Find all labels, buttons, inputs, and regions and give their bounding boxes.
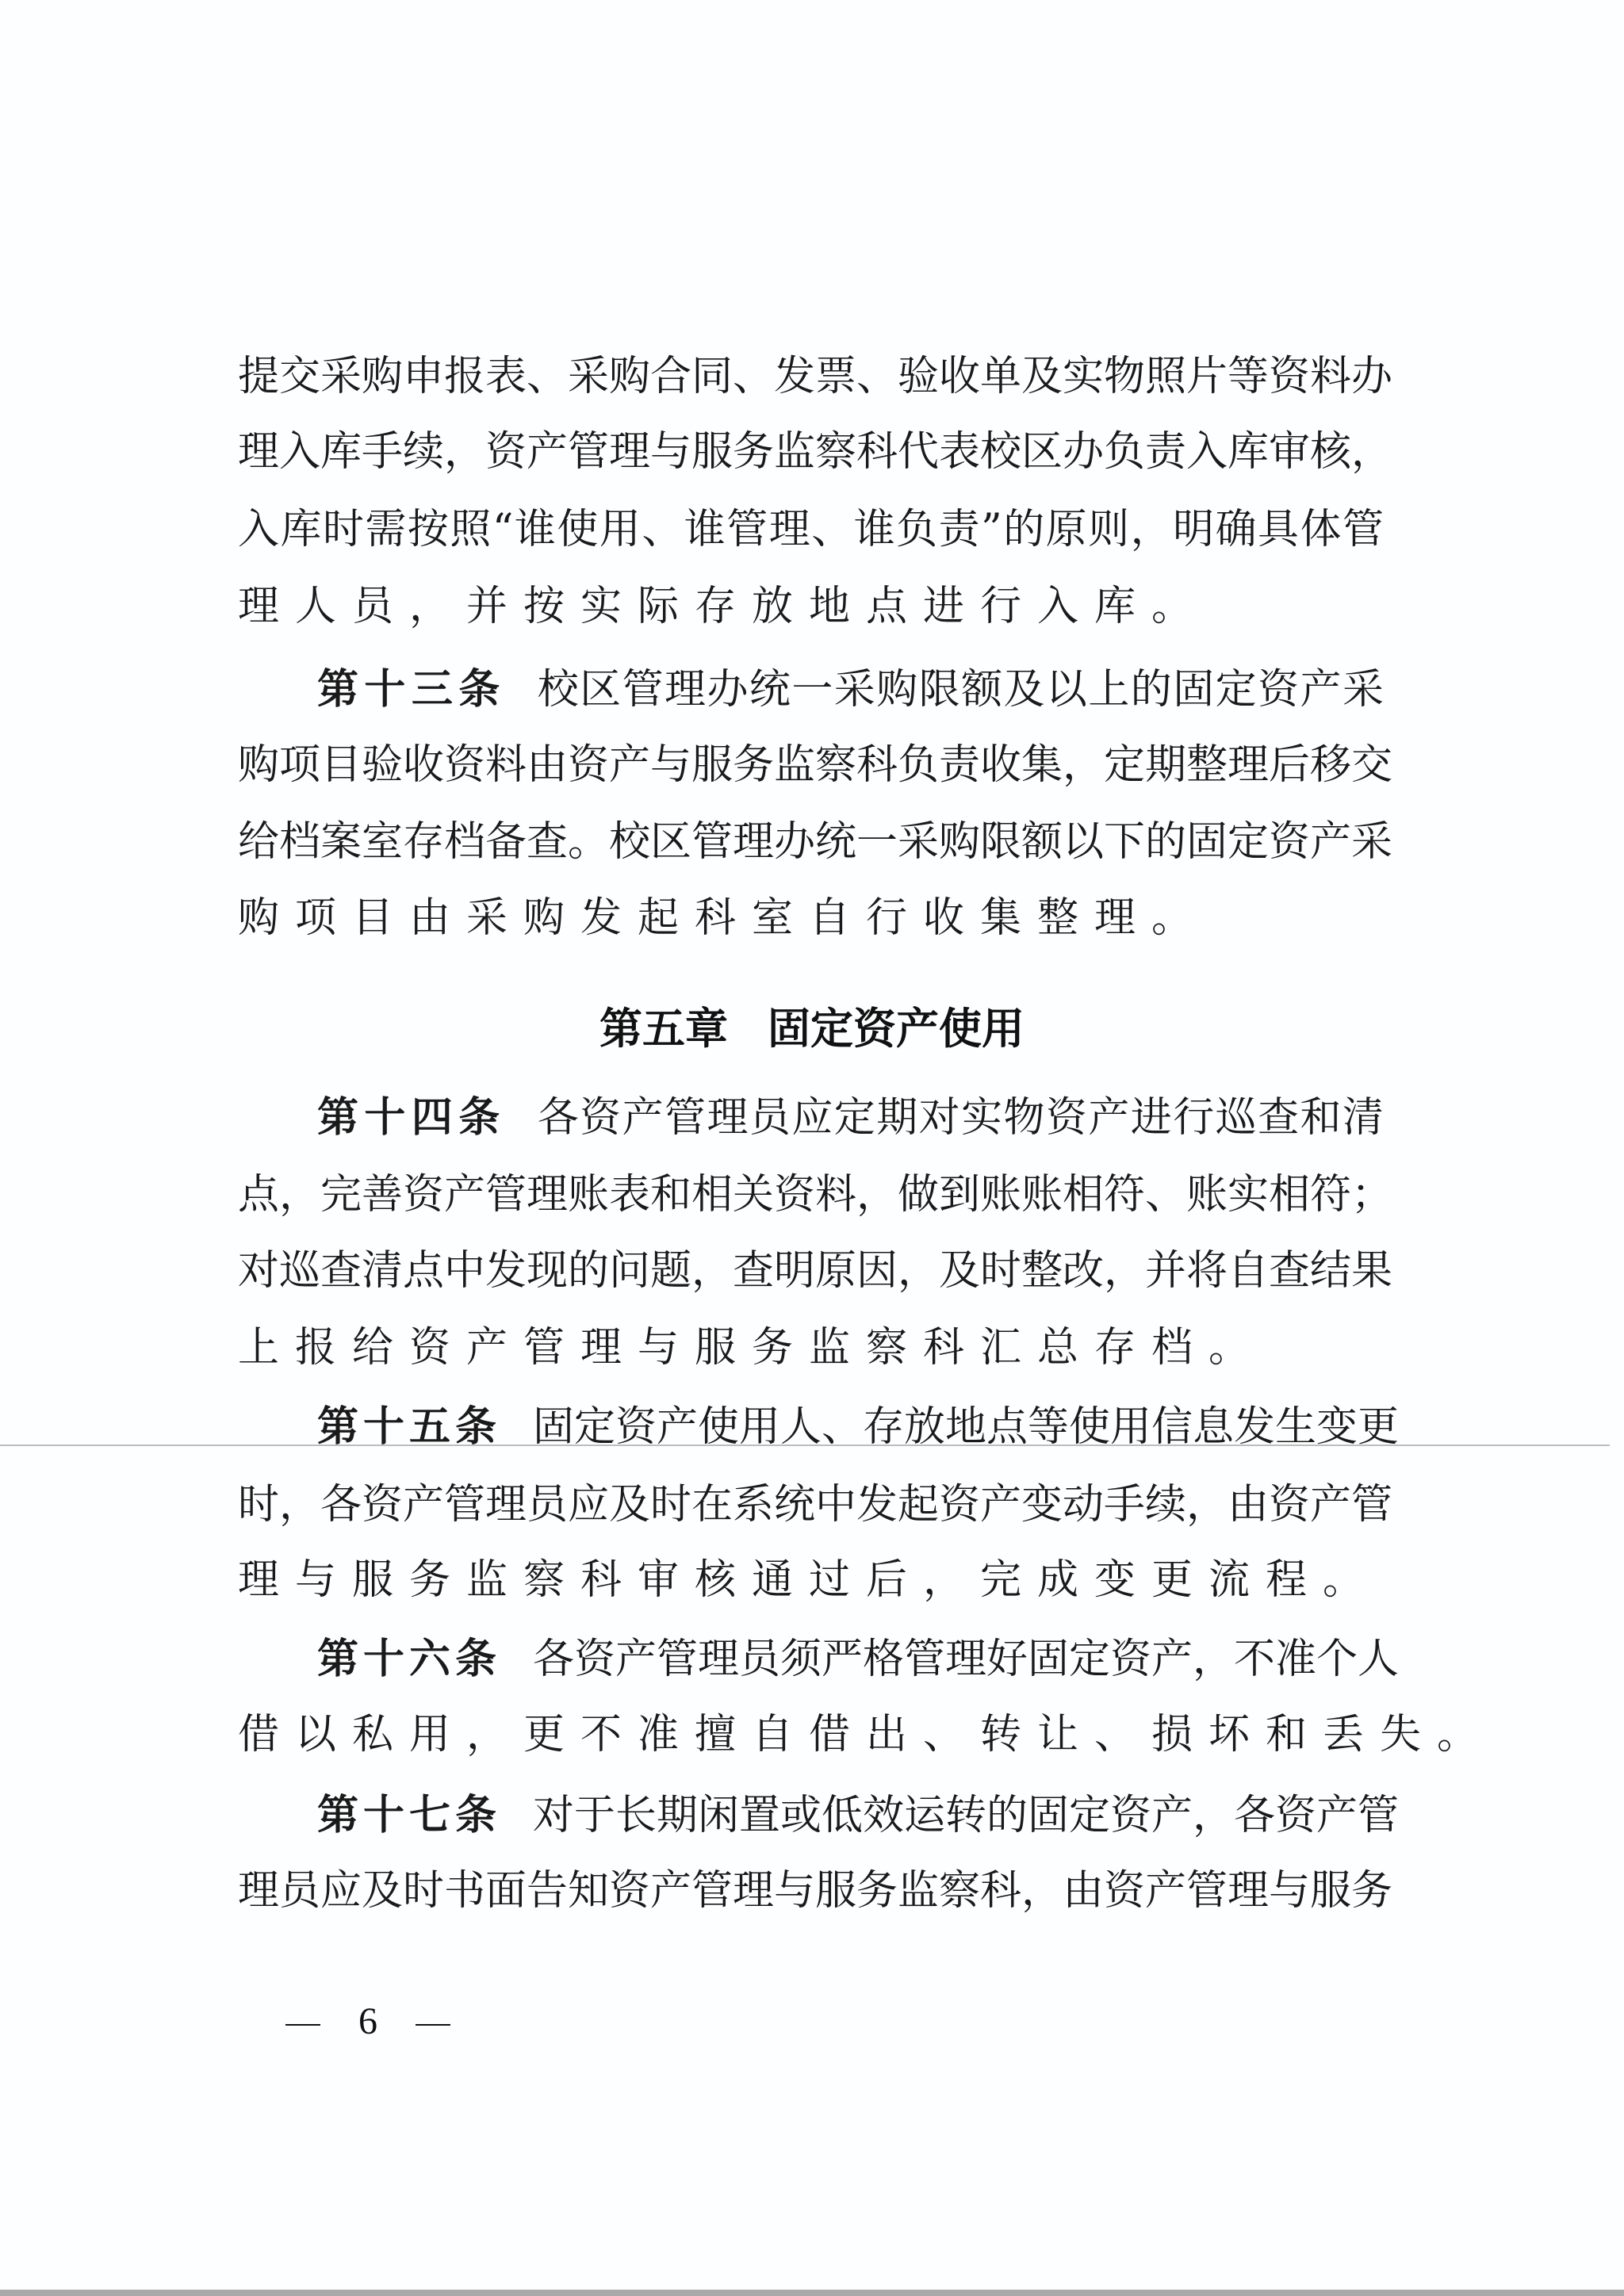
text-line: 借以私用，更不准擅自借出、转让、损坏和丢失。 [238, 1707, 1384, 1762]
text-line: 理入库手续，资产管理与服务监察科代表校区办负责入库审核， [238, 424, 1384, 480]
article-14-first-line: 第十四条各资产管理员应定期对实物资产进行巡查和清 [317, 1090, 1384, 1146]
article-16-first-line: 第十六条各资产管理员须严格管理好固定资产，不准个人 [317, 1632, 1384, 1687]
chapter-number: 第五章 [599, 1004, 728, 1054]
dash-left [285, 2024, 320, 2026]
text-line: 上报给资产管理与服务监察科汇总存档。 [238, 1320, 1384, 1376]
document-page: 提交采购申报表、采购合同、发票、验收单及实物照片等资料办 理入库手续，资产管理与… [0, 0, 1624, 2296]
text-line: 理员应及时书面告知资产管理与服务监察科，由资产管理与服务 [238, 1863, 1384, 1919]
article-15-first-line: 第十五条固定资产使用人、存放地点等使用信息发生变更 [317, 1399, 1384, 1455]
chapter-name: 固定资产使用 [768, 1004, 1025, 1054]
text-line: 对巡查清点中发现的问题，查明原因，及时整改，并将自查结果 [238, 1243, 1384, 1299]
text-line: 点，完善资产管理账表和相关资料，做到账账相符、账实相符； [238, 1167, 1384, 1223]
text-line: 各资产管理员须严格管理好固定资产，不准个人 [533, 1636, 1399, 1683]
text-line: 理与服务监察科审核通过后，完成变更流程。 [238, 1552, 1384, 1608]
article-17-first-line: 第十七条对于长期闲置或低效运转的固定资产，各资产管 [317, 1788, 1384, 1843]
article-number: 第十三条 [317, 666, 506, 714]
scan-bottom-edge [0, 2290, 1624, 2296]
text-line: 理人员，并按实际存放地点进行入库。 [238, 579, 1384, 634]
page-number: 6 [285, 1994, 450, 2049]
article-number: 第十七条 [317, 1792, 501, 1839]
scan-fold-line [0, 1445, 1610, 1446]
text-line: 购项目验收资料由资产与服务监察科负责收集，定期整理后移交 [238, 737, 1384, 793]
article-number: 第十六条 [317, 1636, 501, 1683]
article-number: 第十四条 [317, 1094, 506, 1142]
text-line: 给档案室存档备查。校区管理办统一采购限额以下的固定资产采 [238, 814, 1384, 870]
text-line: 对于长期闲置或低效运转的固定资产，各资产管 [533, 1792, 1399, 1839]
text-line: 入库时需按照“谁使用、谁管理、谁负责”的原则，明确具体管 [238, 502, 1384, 557]
text-line: 校区管理办统一采购限额及以上的固定资产采 [538, 666, 1384, 714]
text-line: 购项目由采购发起科室自行收集整理。 [238, 890, 1384, 946]
text-line: 时，各资产管理员应及时在系统中发起资产变动手续，由资产管 [238, 1477, 1384, 1533]
chapter-title: 第五章固定资产使用 [0, 1001, 1624, 1058]
dash-right [416, 2024, 450, 2026]
page-number-value: 6 [358, 1994, 377, 2049]
text-line: 提交采购申报表、采购合同、发票、验收单及实物照片等资料办 [238, 349, 1384, 404]
text-line: 固定资产使用人、存放地点等使用信息发生变更 [533, 1403, 1399, 1451]
article-13-first-line: 第十三条校区管理办统一采购限额及以上的固定资产采 [317, 662, 1384, 717]
article-number: 第十五条 [317, 1403, 501, 1451]
text-line: 各资产管理员应定期对实物资产进行巡查和清 [538, 1094, 1384, 1142]
